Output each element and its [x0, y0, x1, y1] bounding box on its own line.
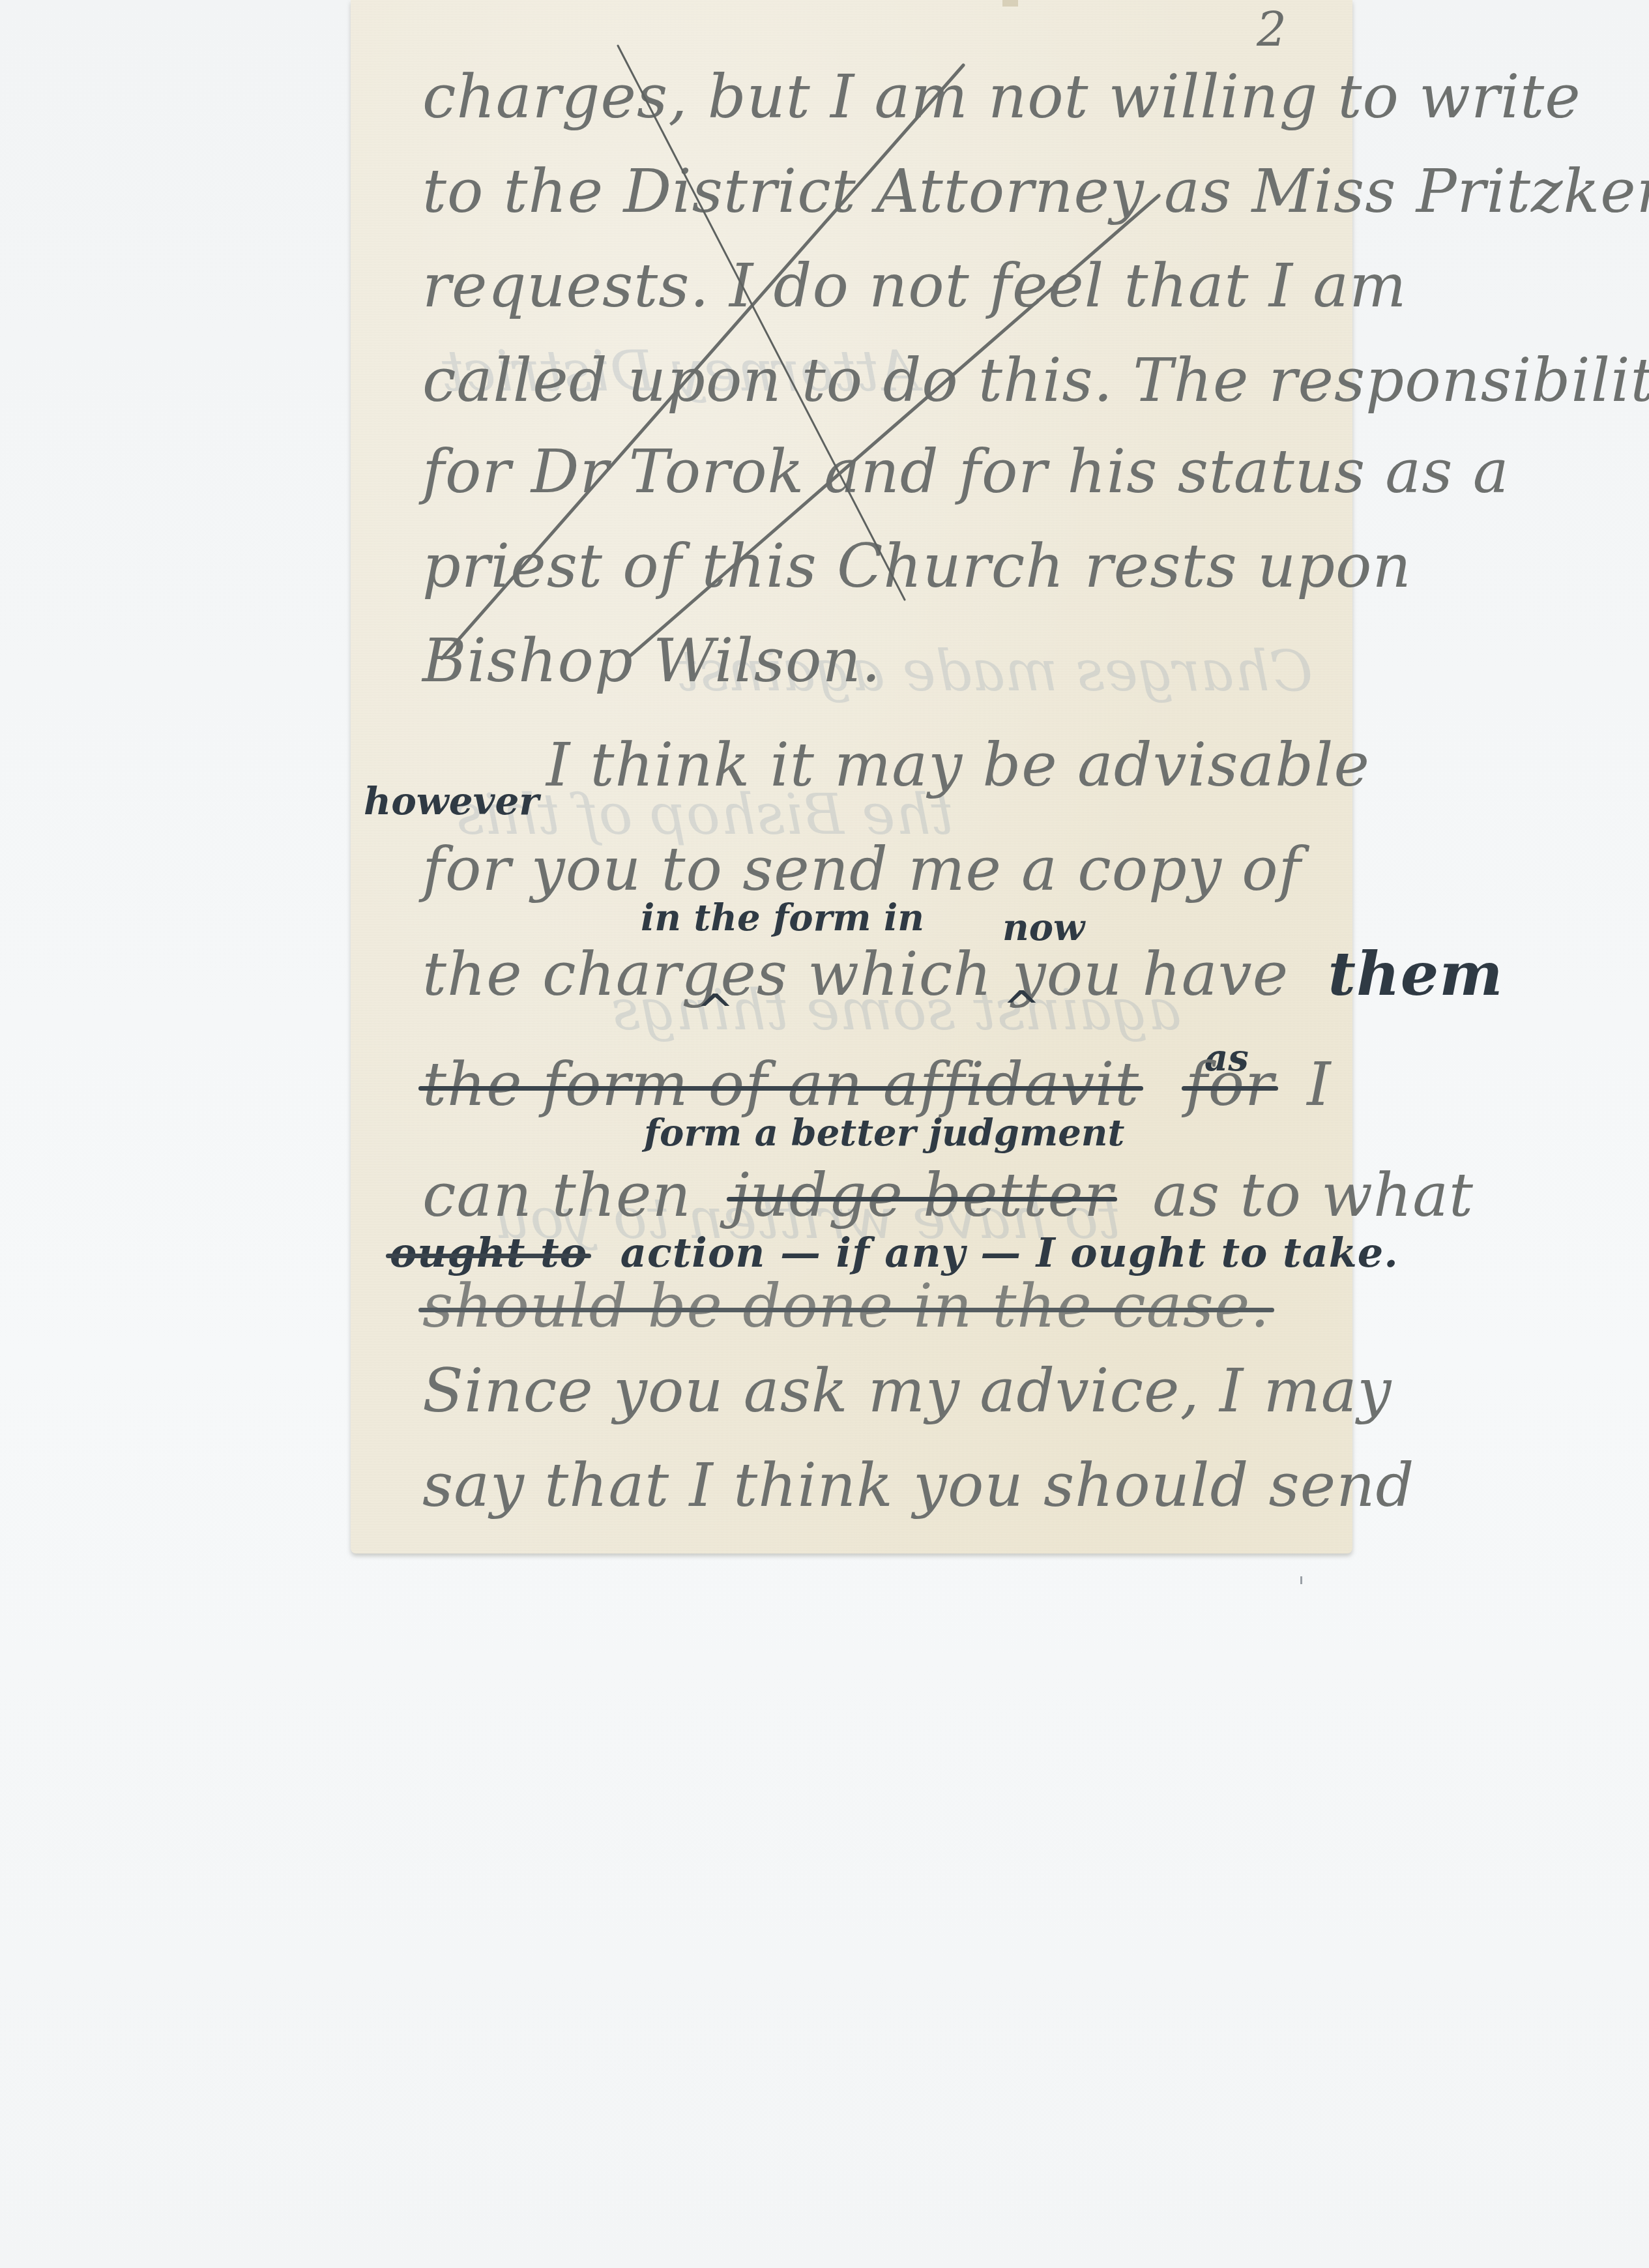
- ink-insert-action-if-any: action — if any — I ought to take.: [620, 1229, 1399, 1276]
- page-number: 2: [1257, 3, 1287, 57]
- paragraph-2-line-5: can then judge better as to what: [422, 1160, 1474, 1230]
- paragraph-2-line-7: should be done in the case.: [422, 1271, 1270, 1341]
- crossed-line-3: requests. I do not feel that I am: [422, 251, 1407, 321]
- insert-in-the-form-in: in the form in: [641, 896, 924, 939]
- paragraph-2-line-6: ought to action — if any — I ought to ta…: [390, 1229, 1399, 1276]
- struck-text-affidavit: the form of an affidavit: [422, 1050, 1139, 1119]
- crossed-line-4: called upon to do this. The responsibili…: [422, 346, 1649, 415]
- line-5-start: can then: [422, 1160, 692, 1230]
- struck-ought-to: ought to: [390, 1229, 587, 1276]
- insert-form-a-better-judgment: form a better judgment: [644, 1112, 1124, 1155]
- paragraph-3-line-1: Since you ask my advice, I may: [422, 1356, 1392, 1426]
- paragraph-2-line-2: for you to send me a copy of: [422, 834, 1302, 904]
- line-3-text: the charges which you have: [422, 939, 1289, 1009]
- insertion-caret: ^: [1002, 981, 1041, 1035]
- paragraph-3-line-2: say that I think you should send: [422, 1451, 1414, 1520]
- letter-page: Attorney District Charges made against t…: [351, 0, 1352, 1554]
- insertion-caret: ^: [696, 984, 735, 1038]
- crossed-line-2: to the District Attorney as Miss Pritzke…: [422, 156, 1649, 226]
- crossed-line-1: charges, but I am not willing to write: [422, 62, 1581, 132]
- scan-artifact-mark: [1300, 1576, 1302, 1584]
- crossed-line-6: priest of this Church rests upon: [422, 531, 1412, 601]
- line-5-end: as to what: [1152, 1160, 1474, 1230]
- crossed-line-7: Bishop Wilson.: [422, 626, 881, 696]
- paragraph-2-line-4: the form of an affidavit for I: [422, 1050, 1332, 1119]
- margin-insert-however: however: [364, 779, 539, 823]
- struck-should-be-done: should be done in the case.: [422, 1271, 1270, 1341]
- crossed-line-5: for Dr Torok and for his status as a: [422, 437, 1510, 507]
- struck-word-them: them: [1328, 939, 1503, 1009]
- struck-word-for: for: [1186, 1050, 1274, 1119]
- word-I: I: [1307, 1050, 1331, 1119]
- paper-tear-mark: [1002, 0, 1018, 7]
- struck-judge-better: judge better: [731, 1160, 1113, 1230]
- paragraph-2-line-3: the charges which you have them: [422, 939, 1504, 1009]
- paragraph-2-line-1: I think it may be advisable: [546, 730, 1370, 800]
